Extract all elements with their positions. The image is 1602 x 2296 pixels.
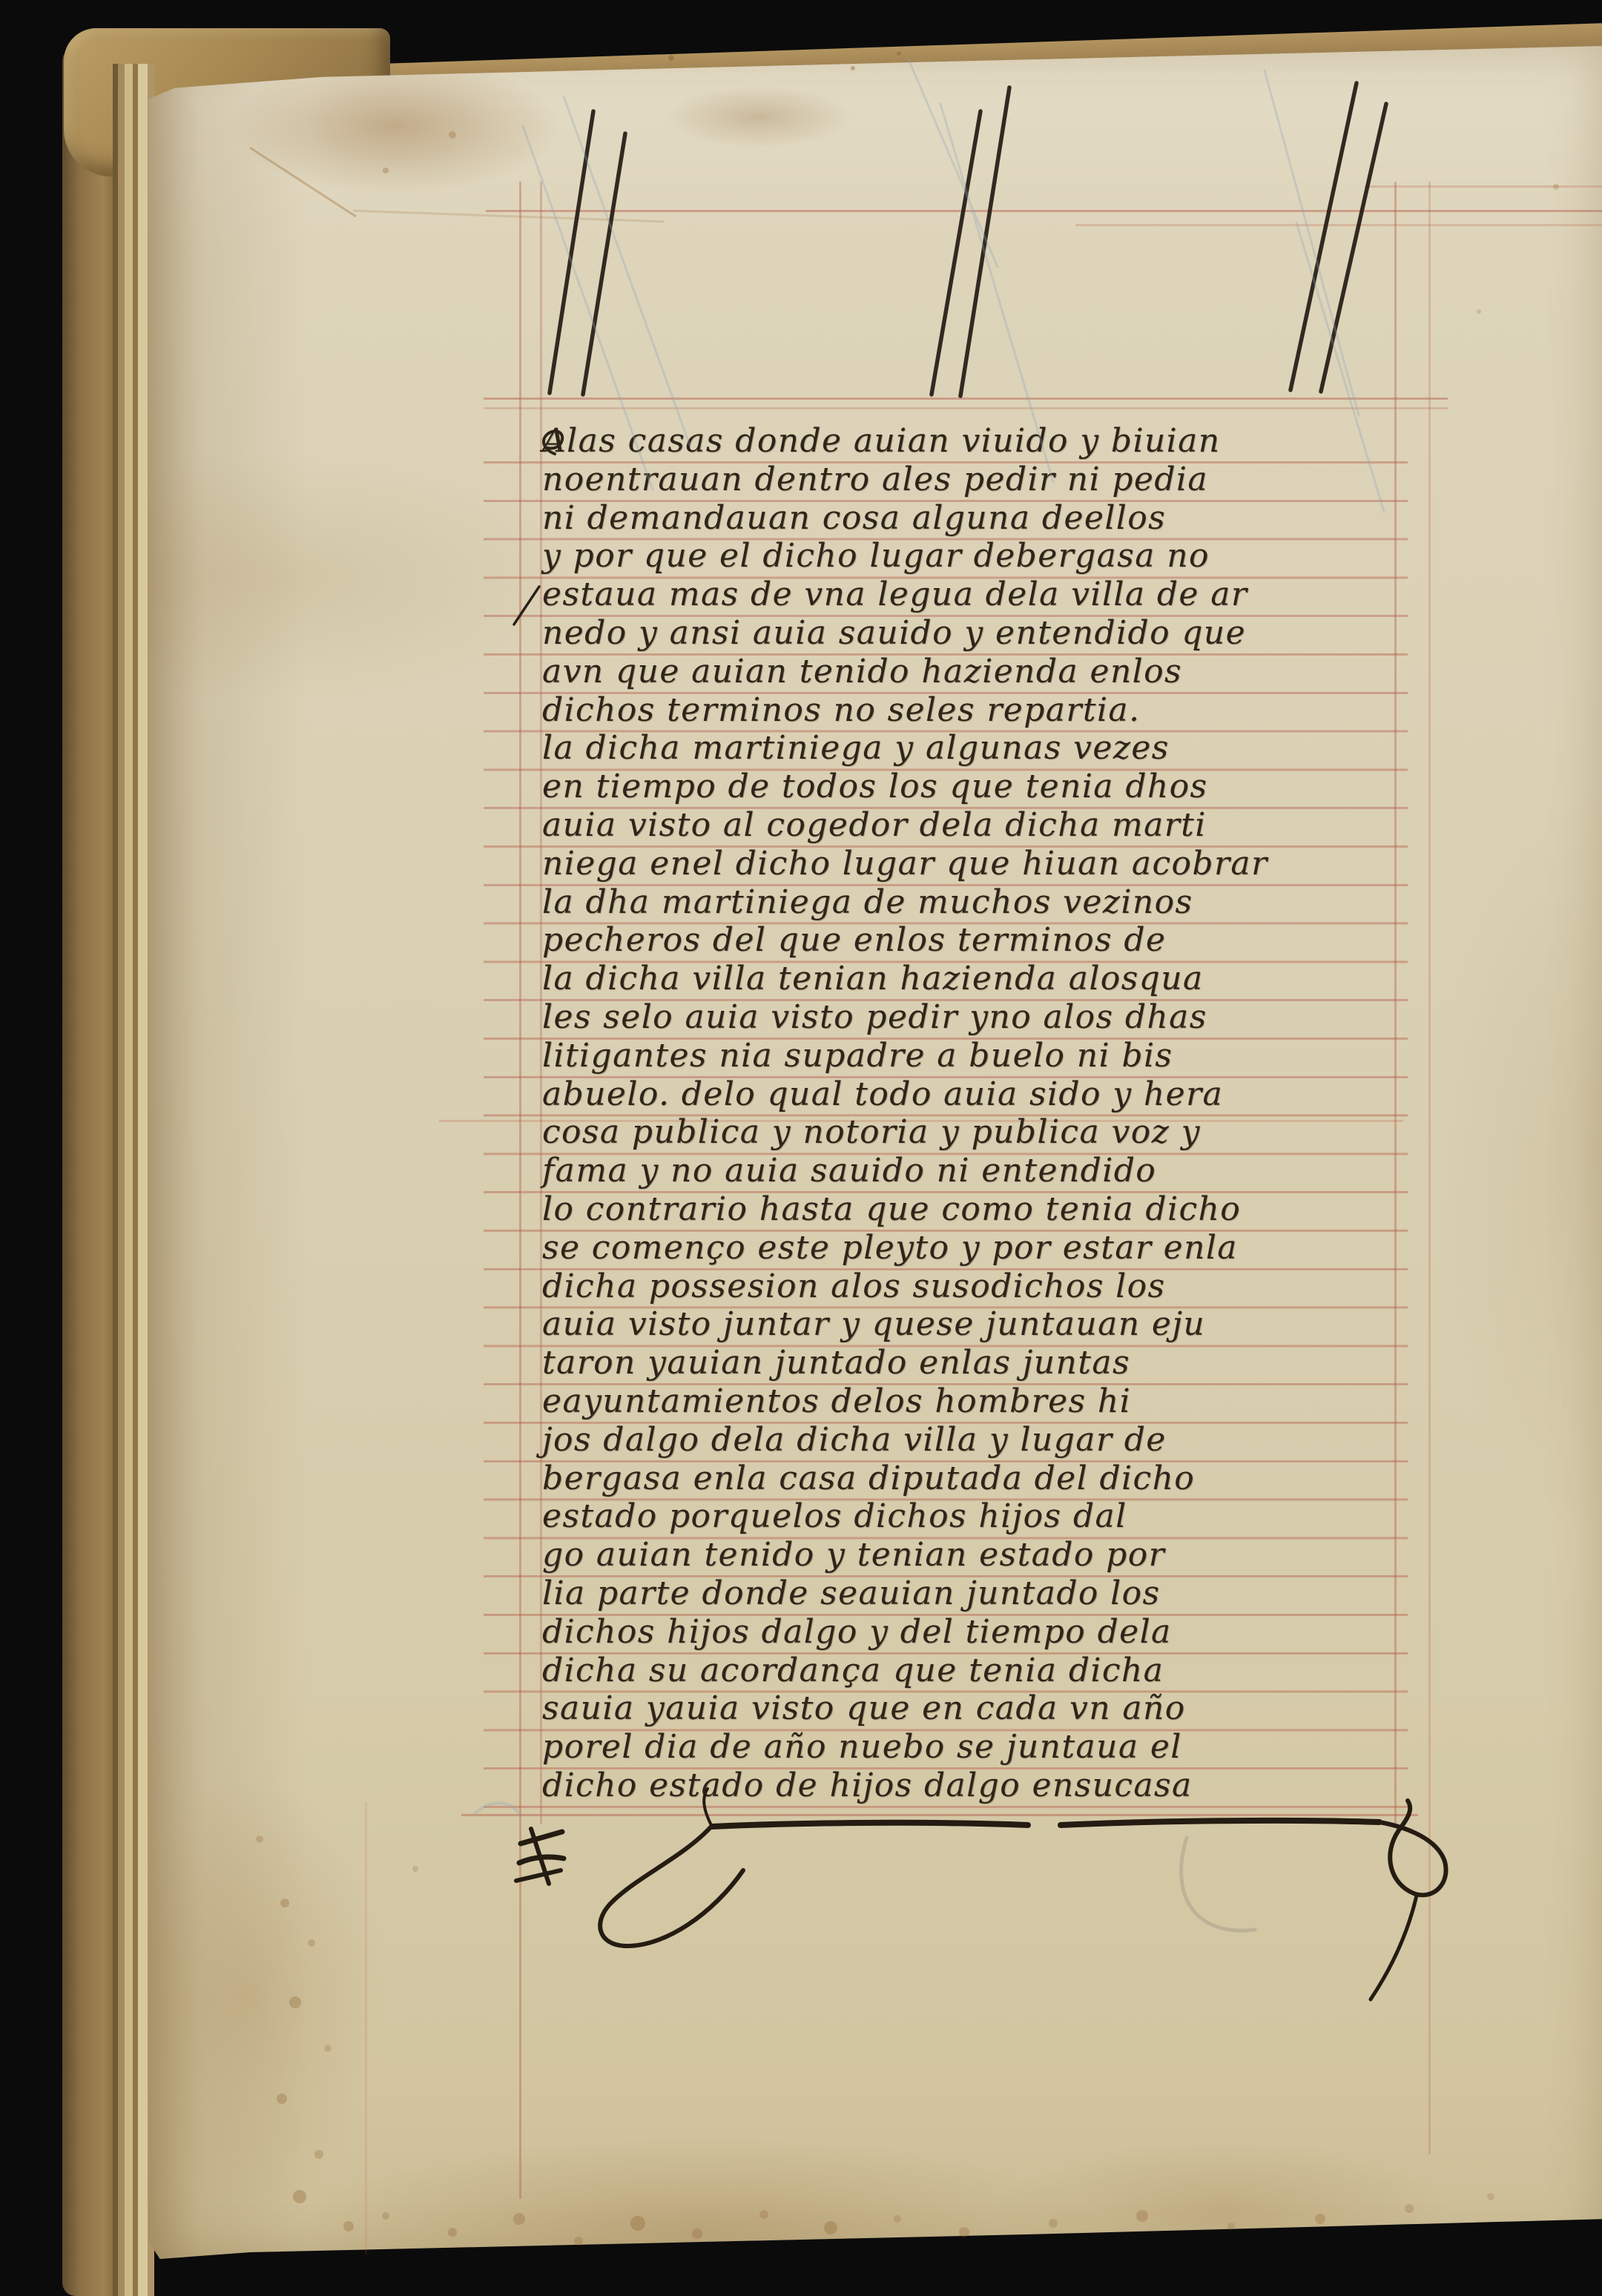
margin-rule-right-outer [1428, 182, 1431, 2154]
text-line: bergasa enla casa diputada del dicho [542, 1459, 1397, 1498]
leather-cover-left-edge [62, 43, 120, 2296]
text-line: en tiempo de todos los que tenia dhos [542, 768, 1397, 806]
text-line: ni demandauan cosa alguna deellos [542, 499, 1397, 538]
text-line: fama y no auia sauido ni entendido [542, 1152, 1397, 1190]
text-line: pecheros del que enlos terminos de [542, 921, 1397, 960]
text-line: dichos hijos dalgo y del tiempo dela [542, 1613, 1397, 1652]
text-line: lia parte donde seauian juntado los [542, 1574, 1397, 1613]
text-line: dicha su acordança que tenia dicha [542, 1652, 1397, 1690]
photograph-backdrop: Alas casas donde auian viuido y biuianno… [0, 0, 1602, 2296]
text-line: dichos terminos no seles repartia. [542, 691, 1397, 730]
text-line: noentrauan dentro ales pedir ni pedia [542, 461, 1397, 499]
text-line: y por que el dicho lugar debergasa no [542, 537, 1397, 575]
margin-rule-left-outer [519, 182, 521, 2199]
text-line: dicha possesion alos susodichos los [542, 1267, 1397, 1306]
text-line: porel dia de año nuebo se juntaua el [542, 1728, 1397, 1766]
text-line: cosa publica y notoria y publica voz y [542, 1113, 1397, 1152]
page-edge-stack-left [113, 64, 154, 2296]
text-line: avn que auian tenido hazienda enlos [542, 653, 1397, 691]
text-line: lo contrario hasta que como tenia dicho [542, 1190, 1397, 1229]
text-line: auia visto al cogedor dela dicha marti [542, 806, 1397, 845]
text-line: se començo este pleyto y por estar enla [542, 1229, 1397, 1267]
text-line: Alas casas donde auian viuido y biuian [542, 422, 1397, 461]
text-line: niega enel dicho lugar que hiuan acobrar [542, 845, 1397, 883]
text-line: go auian tenido y tenian estado por [542, 1536, 1397, 1574]
ruling-top-line [486, 210, 1602, 212]
fold-line [365, 1802, 367, 2254]
text-line: jos dalgo dela dicha villa y lugar de [542, 1421, 1397, 1459]
text-line: abuelo. delo qual todo auia sido y hera [542, 1075, 1397, 1114]
ruling-top-line [1075, 224, 1602, 226]
text-line: les selo auia visto pedir yno alos dhas [542, 998, 1397, 1037]
ruling-head-line [484, 397, 1448, 400]
text-line: estaua mas de vna legua dela villa de ar [542, 575, 1397, 614]
text-line: nedo y ansi auia sauido y entendido que [542, 614, 1397, 653]
ruling-head-line [484, 407, 1448, 409]
text-line: la dicha villa tenian hazienda alosqua [542, 960, 1397, 998]
text-line: dicho estado de hijos dalgo ensucasa [542, 1766, 1397, 1805]
text-line: litigantes nia supadre a buelo ni bis [542, 1037, 1397, 1075]
text-line: la dicha martiniega y algunas vezes [542, 729, 1397, 768]
text-line: taron yauian juntado enlas juntas [542, 1344, 1397, 1382]
text-line: sauia yauia visto que en cada vn año [542, 1689, 1397, 1728]
text-line: auia visto juntar y quese juntauan eju [542, 1305, 1397, 1344]
text-line: la dha martiniega de muchos vezinos [542, 883, 1397, 922]
closing-rule [461, 1814, 1418, 1816]
text-line: estado porquelos dichos hijos dal [542, 1497, 1397, 1536]
ruling-top-line [1365, 185, 1602, 188]
manuscript-text-block: Alas casas donde auian viuido y biuianno… [542, 422, 1397, 1805]
text-line: eayuntamientos delos hombres hi [542, 1382, 1397, 1421]
